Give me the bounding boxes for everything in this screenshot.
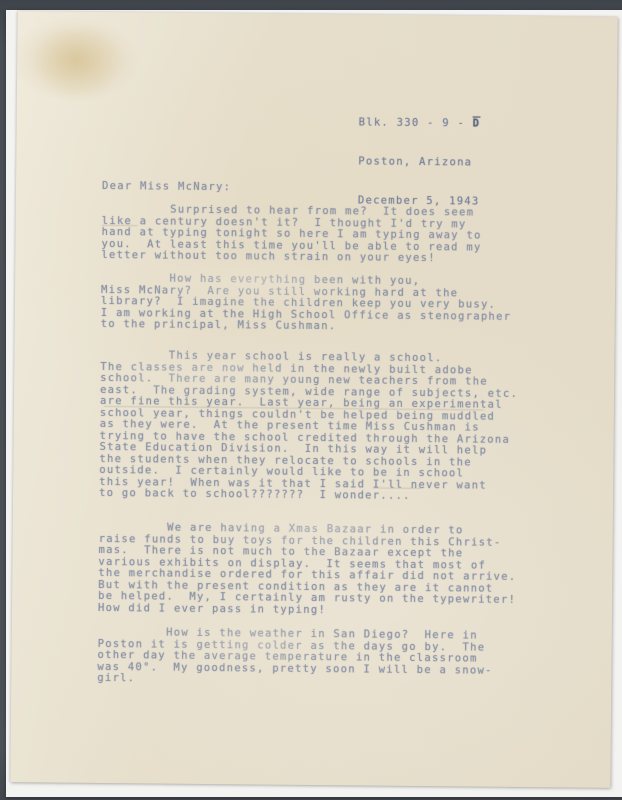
paragraph-5: How is the weather in San Diego? Here in… (97, 627, 493, 688)
letter-paper: Blk. 330 - 9 - D Poston, Arizona Decembe… (10, 11, 617, 788)
heading-block-address: Blk. 330 - 9 - D (359, 116, 481, 130)
tape-stain (31, 29, 124, 100)
paragraph-2: How has everything been with you, Miss M… (101, 273, 512, 334)
salutation: Dear Miss McNary: (102, 181, 231, 194)
heading-place: Poston, Arizona (358, 155, 480, 169)
paragraph-3: This year school is really a school. The… (99, 350, 519, 504)
overstruck-letter: D (473, 118, 481, 130)
block-address-text: Blk. 330 - 9 - (359, 116, 473, 129)
paragraph-1: Surprised to hear from me? It does seem … (101, 204, 482, 265)
paragraph-4: We are having a Xmas Bazaar in order to … (98, 522, 517, 618)
scanned-letter-photo: Blk. 330 - 9 - D Poston, Arizona Decembe… (0, 0, 622, 800)
